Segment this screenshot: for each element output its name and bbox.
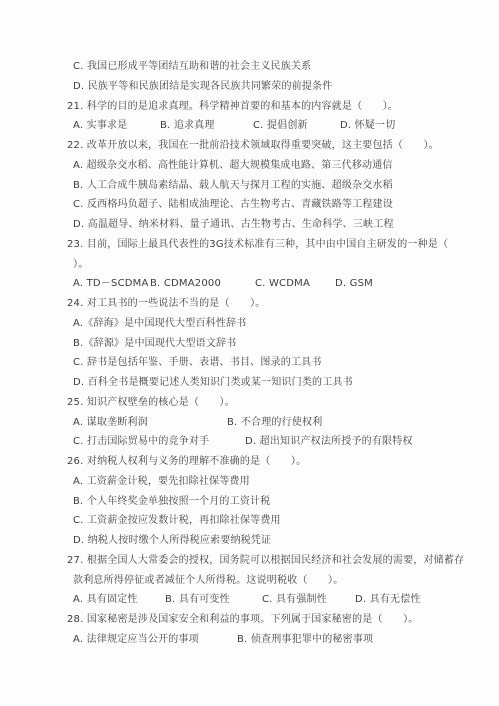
option-text: D. 高温超导、纳米材料、量子通讯、古生物考古、生命科学、三峡工程 [73, 219, 394, 230]
q22-stem: 22. 改革开放以来，我国在一批前沿技术领域取得重要突破，这主要包括（ ）。 [67, 136, 473, 156]
q26-option-d: D. 纳税人按时缴个人所得税应索要纳税凭证 [73, 531, 473, 551]
q27-stem-continued: 款利息所得停征或者减征个人所得税。这说明税收（ ）。 [73, 571, 473, 591]
option-d: D. 怀疑一切 [340, 116, 395, 136]
question-text: 24. 对工具书的一些说法不当的是（ ）。 [67, 298, 265, 309]
option-text: B.《辞源》是中国现代大型语文辞书 [73, 338, 236, 349]
q21-options: A. 实事求是 B. 追求真理 C. 提倡创新 D. 怀疑一切 [73, 116, 473, 136]
question-text: 22. 改革开放以来，我国在一批前沿技术领域取得重要突破，这主要包括（ ）。 [67, 140, 439, 151]
option-d: D. 具有无偿性 [355, 590, 421, 610]
option-text: C. 辞书是包括年鉴、手册、表谱、书目、图录的工具书 [73, 357, 322, 368]
q22-option-c: C. 反西格玛负超子、陆相成油理论、古生物考古、青藏铁路等工程建设 [73, 195, 473, 215]
option-b: B. 具有可变性 [165, 590, 230, 610]
option-text: A. 超级杂交水稻、高性能计算机、超大规模集成电路、第三代移动通信 [73, 160, 393, 171]
q28-stem: 28. 国家秘密是涉及国家安全和利益的事项。下列属于国家秘密的是（ ）。 [67, 610, 473, 630]
question-text: 28. 国家秘密是涉及国家安全和利益的事项。下列属于国家秘密的是（ ）。 [67, 614, 418, 625]
option-text: D. 纳税人按时缴个人所得税应索要纳税凭证 [73, 535, 271, 546]
q24-stem: 24. 对工具书的一些说法不当的是（ ）。 [67, 294, 473, 314]
q24-option-a: A.《辞海》是中国现代大型百科性辞书 [73, 314, 473, 334]
option-text: C. 反西格玛负超子、陆相成油理论、古生物考古、青藏铁路等工程建设 [73, 199, 393, 210]
q27-stem: 27. 根据全国人大常委会的授权，国务院可以根据国民经济和社会发展的需要，对储蓄… [67, 551, 473, 571]
option-text: B. 个人年终奖金单独按照一个月的工资计税 [73, 496, 270, 507]
option-c: C. 打击国际贸易中的竞争对手 [73, 432, 209, 452]
option-b: B. 侦查刑事犯罪中的秘密事项 [237, 630, 373, 650]
q25-options-cd: C. 打击国际贸易中的竞争对手 D. 超出知识产权法所授予的有限特权 [73, 432, 473, 452]
q21-stem: 21. 科学的目的是追求真理。科学精神首要的和基本的内容就是（ ）。 [67, 97, 473, 117]
option-b: B. 追求真理 [160, 116, 215, 136]
option-text: C. 我国已形成平等团结互助和谐的社会主义民族关系 [73, 61, 311, 72]
q20-option-d: D. 民族平等和民族团结是实现各民族共同繁荣的前提条件 [73, 77, 473, 97]
exam-text-block: C. 我国已形成平等团结互助和谐的社会主义民族关系 D. 民族平等和民族团结是实… [73, 57, 473, 650]
q27-options: A. 具有固定性 B. 具有可变性 C. 具有强制性 D. 具有无偿性 [73, 590, 473, 610]
option-c: C. 提倡创新 [253, 116, 308, 136]
q20-option-c: C. 我国已形成平等团结互助和谐的社会主义民族关系 [73, 57, 473, 77]
q26-option-b: B. 个人年终奖金单独按照一个月的工资计税 [73, 492, 473, 512]
option-b: B. CDMA2000 [150, 274, 221, 294]
q26-option-c: C. 工资薪金按应发数计税，再扣除社保等费用 [73, 511, 473, 531]
option-text: A. 工资薪金计税，要先扣除社保等费用 [73, 476, 250, 487]
q22-option-a: A. 超级杂交水稻、高性能计算机、超大规模集成电路、第三代移动通信 [73, 156, 473, 176]
option-d: D. 超出知识产权法所授予的有限特权 [245, 432, 413, 452]
option-c: C. WCDMA [255, 274, 310, 294]
question-text: 23. 目前，国际上最具代表性的3G技术标准有三种，其中由中国自主研发的一种是（ [67, 239, 448, 250]
exam-page: C. 我国已形成平等团结互助和谐的社会主义民族关系 D. 民族平等和民族团结是实… [0, 0, 499, 706]
q23-options: A. TD－SCDMA B. CDMA2000 C. WCDMA D. GSM [73, 274, 473, 294]
option-text: D. 百科全书是概要记述人类知识门类或某一知识门类的工具书 [73, 377, 353, 388]
option-c: C. 具有强制性 [262, 590, 327, 610]
option-text: C. 工资薪金按应发数计税，再扣除社保等费用 [73, 515, 281, 526]
option-a: A. 谋取垄断利润 [73, 413, 148, 433]
q23-stem-continued: ）。 [73, 255, 473, 275]
q24-option-c: C. 辞书是包括年鉴、手册、表谱、书目、图录的工具书 [73, 353, 473, 373]
q26-option-a: A. 工资薪金计税，要先扣除社保等费用 [73, 472, 473, 492]
question-text: 21. 科学的目的是追求真理。科学精神首要的和基本的内容就是（ ）。 [67, 101, 398, 112]
option-text: D. 民族平等和民族团结是实现各民族共同繁荣的前提条件 [73, 81, 332, 92]
q25-stem: 25. 知识产权壁垒的核心是（ ）。 [67, 393, 473, 413]
q25-options-ab: A. 谋取垄断利润 B. 不合理的行使权利 [73, 413, 473, 433]
q23-stem: 23. 目前，国际上最具代表性的3G技术标准有三种，其中由中国自主研发的一种是（ [67, 235, 473, 255]
option-b: B. 不合理的行使权利 [227, 413, 322, 433]
question-text: 27. 根据全国人大常委会的授权，国务院可以根据国民经济和社会发展的需要，对储蓄… [67, 555, 464, 566]
option-a: A. 法律规定应当公开的事项 [73, 630, 199, 650]
option-a: A. TD－SCDMA [73, 274, 149, 294]
q22-option-d: D. 高温超导、纳米材料、量子通讯、古生物考古、生命科学、三峡工程 [73, 215, 473, 235]
q26-stem: 26. 对纳税人权利与义务的理解不准确的是（ ）。 [67, 452, 473, 472]
option-a: A. 实事求是 [73, 116, 127, 136]
option-a: A. 具有固定性 [73, 590, 138, 610]
q28-options-ab: A. 法律规定应当公开的事项 B. 侦查刑事犯罪中的秘密事项 [73, 630, 473, 650]
option-d: D. GSM [335, 274, 373, 294]
option-text: A.《辞海》是中国现代大型百科性辞书 [73, 318, 246, 329]
question-text: ）。 [73, 259, 88, 270]
question-text: 款利息所得停征或者减征个人所得税。这说明税收（ ）。 [73, 575, 343, 586]
option-text: B. 人工合成牛胰岛素结晶、载人航天与探月工程的实施、超级杂交水稻 [73, 180, 393, 191]
q24-option-d: D. 百科全书是概要记述人类知识门类或某一知识门类的工具书 [73, 373, 473, 393]
question-text: 25. 知识产权壁垒的核心是（ ）。 [67, 397, 235, 408]
q22-option-b: B. 人工合成牛胰岛素结晶、载人航天与探月工程的实施、超级杂交水稻 [73, 176, 473, 196]
q24-option-b: B.《辞源》是中国现代大型语文辞书 [73, 334, 473, 354]
question-text: 26. 对纳税人权利与义务的理解不准确的是（ ）。 [67, 456, 306, 467]
